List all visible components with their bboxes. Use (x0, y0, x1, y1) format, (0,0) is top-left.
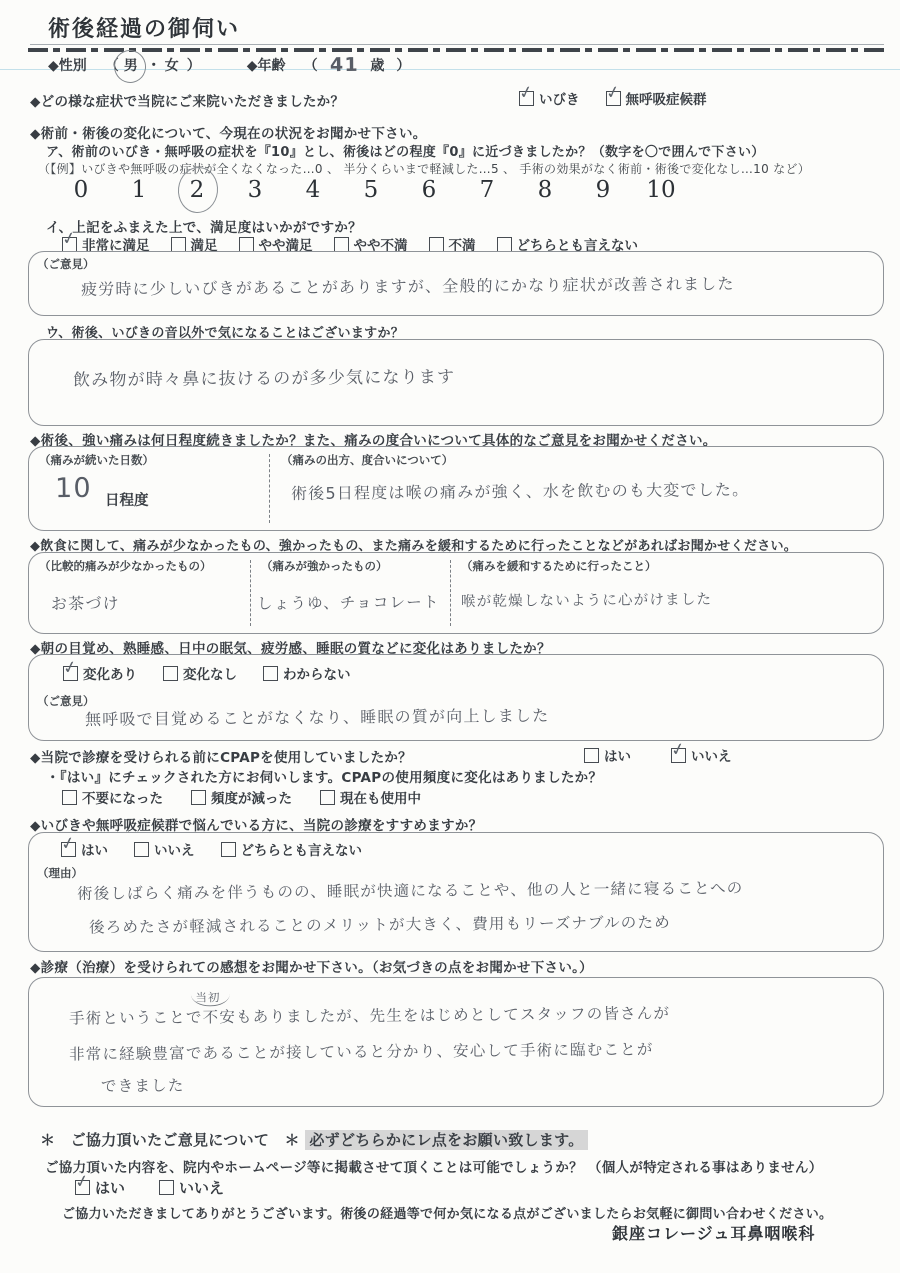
recommend-no-checkbox[interactable] (134, 842, 149, 857)
reduced-label: 頻度が減った (211, 787, 292, 807)
food-col1-label: （比較的痛みが少なかったもの） (39, 558, 212, 574)
cpap-no-checkbox[interactable] (671, 748, 686, 763)
sleep-answer-box[interactable]: 変化あり 変化なし わからない （ご意見） 無呼吸で目覚めることがなくなり、睡眠… (28, 654, 884, 741)
food-divider-1 (250, 560, 251, 626)
dissatisfied-checkbox[interactable] (429, 237, 444, 252)
change-heading: ◆術前・術後の変化について、今現在の状況をお聞かせ下さい。 (30, 122, 427, 142)
changed-checkbox[interactable] (63, 666, 78, 681)
gender-paren-close: ） (187, 55, 201, 75)
still-using-checkbox[interactable] (320, 790, 335, 805)
food-col2-label: （痛みが強かったもの） (261, 558, 388, 574)
scale-option-3[interactable]: 3 (226, 177, 284, 203)
apnea-label: 無呼吸症候群 (626, 88, 707, 108)
recommend-answer-box[interactable]: はい いいえ どちらとも言えない （理由） 術後しばらく痛みを伴うものの、睡眠が… (28, 832, 884, 952)
reduced-checkbox[interactable] (191, 790, 206, 805)
comment-label: （ご意見） (37, 256, 95, 272)
impression-line2-handwriting: 非常に経験豊富であることが接していると分かり、安心して手術に臨むことが (69, 1037, 654, 1064)
food-col2-handwriting: しょうゆ、チョコレート (257, 590, 440, 614)
publish-no-checkbox[interactable] (159, 1180, 174, 1195)
scale-option-7[interactable]: 7 (458, 177, 516, 203)
impression-answer-box[interactable]: 手術ということで当初不安もありましたが、先生をはじめとしてスタッフの皆さんが 非… (28, 977, 884, 1107)
gender-label: ◆性別 (48, 55, 87, 75)
footer-note: ＊ ご協力頂いたご意見について ＊ 必ずどちらかにレ点をお願い致します。 (40, 1129, 588, 1150)
concerns-answer-box[interactable]: 飲み物が時々鼻に抜けるのが多少気になります (28, 339, 884, 426)
scale-option-1[interactable]: 1 (110, 177, 168, 203)
recommend-neither-checkbox[interactable] (221, 842, 236, 857)
impression-line1-after: 不安もありましたが、先生をはじめとしてスタッフの皆さんが (203, 1004, 671, 1026)
no-change-checkbox[interactable] (163, 666, 178, 681)
clinic-name: 銀座コレージュ耳鼻咽喉科 (612, 1221, 815, 1244)
publish-no-label: いいえ (179, 1177, 224, 1198)
recommend-option-no[interactable]: いいえ (134, 839, 195, 859)
symptom-option-apnea[interactable]: 無呼吸症候群 (606, 88, 707, 108)
reason-line1-handwriting: 術後しばらく痛みを伴うものの、睡眠が快適になることや、他の人と一緒に寝ることへの (77, 876, 744, 904)
concerns-handwriting: 飲み物が時々鼻に抜けるのが多少気になります (73, 362, 455, 390)
cpap-yes-checkbox[interactable] (584, 748, 599, 763)
publish-question: ご協力頂いた内容を、院内やホームページ等に掲載させて頂くことは可能でしょうか？ … (45, 1156, 823, 1176)
recommend-yes-checkbox[interactable] (61, 842, 76, 857)
cpap-option-no-longer-needed[interactable]: 不要になった (62, 787, 163, 807)
somewhat-dissatisfied-checkbox[interactable] (334, 237, 349, 252)
scale-option-2-selected[interactable]: 2 (168, 177, 226, 203)
pain-days-label: （痛みが続いた日数） (39, 452, 154, 468)
change-example: （【例】いびきや無呼吸の症状が全くなくなった…0 、 半分くらいまで軽減した…5… (38, 160, 810, 177)
recommend-yes-label: はい (81, 839, 108, 859)
profile-row: ◆性別 （ 男 ・ 女 ） ◆年齢 （ 41 歳 ） (48, 54, 410, 76)
no-longer-needed-checkbox[interactable] (62, 790, 77, 805)
gender-male-text: 男 (124, 58, 138, 74)
cpap-followup-question: ・『はい』にチェックされた方にお伺いします。CPAPの使用頻度に変化はありました… (46, 766, 602, 786)
sleep-option-changed[interactable]: 変化あり (63, 663, 137, 683)
changed-label: 変化あり (83, 663, 137, 683)
publish-option-yes[interactable]: はい (75, 1177, 125, 1198)
scale-option-6[interactable]: 6 (400, 177, 458, 203)
satisfaction-comment-box[interactable]: （ご意見） 疲労時に少しいびきがあることがありますが、全般的にかなり症状が改善さ… (28, 251, 884, 316)
footer-note-highlight: 必ずどちらかにレ点をお願い致します。 (305, 1130, 587, 1150)
somewhat-satisfied-checkbox[interactable] (239, 237, 254, 252)
pain-days-handwriting: 10 (55, 473, 92, 504)
cpap-option-no[interactable]: いいえ (671, 745, 732, 765)
scale-option-10[interactable]: 10 (632, 177, 690, 203)
unknown-label: わからない (283, 663, 351, 683)
sleep-option-no-change[interactable]: 変化なし (163, 663, 237, 683)
recommend-option-yes[interactable]: はい (61, 839, 108, 859)
very-satisfied-checkbox[interactable] (62, 237, 77, 252)
insertion-annotation: 当初 (190, 989, 229, 1006)
impression-line1-handwriting: 手術ということで当初不安もありましたが、先生をはじめとしてスタッフの皆さんが (69, 1001, 670, 1028)
satisfied-checkbox[interactable] (171, 237, 186, 252)
neither-checkbox[interactable] (497, 237, 512, 252)
cpap-no-label: いいえ (691, 745, 732, 765)
cpap-option-yes[interactable]: はい (584, 745, 631, 765)
pain-detail-handwriting: 術後5日程度は喉の痛みが強く、水を飲むのも大変でした。 (291, 477, 749, 504)
scale-option-9[interactable]: 9 (574, 177, 632, 203)
cpap-options: はい いいえ (584, 745, 732, 765)
age-value-handwriting[interactable]: 41 (329, 54, 358, 76)
cpap-yes-label: はい (604, 745, 631, 765)
unknown-checkbox[interactable] (263, 666, 278, 681)
food-col3-handwriting: 喉が乾燥しないように心がけました (461, 588, 712, 611)
publish-yes-checkbox[interactable] (75, 1180, 90, 1195)
snoring-label: いびき (539, 88, 580, 108)
title-underline (30, 44, 884, 45)
footer-note-prefix: ＊ ご協力頂いたご意見について ＊ (40, 1131, 300, 1149)
dashed-divider (28, 48, 886, 52)
scale-option-5[interactable]: 5 (342, 177, 400, 203)
recommend-options: はい いいえ どちらとも言えない (61, 839, 362, 859)
impression-line3-handwriting: できました (101, 1074, 185, 1097)
food-divider-2 (450, 560, 451, 626)
food-answer-box[interactable]: （比較的痛みが少なかったもの） （痛みが強かったもの） （痛みを緩和するために行… (28, 552, 884, 634)
recommend-question: ◆いびきや無呼吸症候群で悩んでいる方に、当院の診療をすすめますか？ (30, 814, 482, 834)
sleep-options: 変化あり 変化なし わからない (63, 663, 351, 683)
recommend-neither-label: どちらとも言えない (241, 839, 363, 859)
impression-question: ◆診療（治療）を受けられての感想をお聞かせ下さい。（お気づきの点をお聞かせ下さい… (30, 956, 593, 976)
scale-option-0[interactable]: 0 (52, 177, 110, 203)
food-col3-label: （痛みを緩和するために行ったこと） (461, 558, 657, 574)
recommend-no-label: いいえ (154, 839, 195, 859)
thanks-text: ご協力いただきましてありがとうございます。術後の経過等で何か気になる点がございま… (62, 1203, 832, 1222)
satisfaction-comment-handwriting: 疲労時に少しいびきがあることがありますが、全般的にかなり症状が改善されました (81, 271, 735, 300)
symptom-option-snoring[interactable]: いびき (519, 88, 580, 108)
pain-detail-label: （痛みの出方、度合いについて） (281, 452, 453, 468)
publish-options: はい いいえ (75, 1177, 224, 1198)
pain-answer-box[interactable]: （痛みが続いた日数） （痛みの出方、度合いについて） 10 日程度 術後5日程度… (28, 446, 884, 531)
reason-line2-handwriting: 後ろめたさが軽減されることのメリットが大きく、費用もリーズナブルのため (89, 910, 671, 937)
age-paren-close: ） (396, 55, 410, 75)
scale-option-8[interactable]: 8 (516, 177, 574, 203)
recommend-option-neither[interactable]: どちらとも言えない (221, 839, 363, 859)
satisfaction-question: イ、上記をふまえた上で、満足度はいかがですか？ (46, 216, 362, 236)
cpap-option-reduced[interactable]: 頻度が減った (191, 787, 292, 807)
age-unit: 歳 (370, 55, 384, 75)
apnea-checkbox[interactable] (606, 91, 621, 106)
snoring-checkbox[interactable] (519, 91, 534, 106)
gender-option-female[interactable]: 女 (165, 55, 179, 75)
impression-line1-before: 手術ということで (69, 1008, 203, 1027)
no-change-label: 変化なし (183, 663, 237, 683)
still-using-label: 現在も使用中 (340, 787, 421, 807)
no-longer-needed-label: 不要になった (82, 787, 163, 807)
cpap-option-still-using[interactable]: 現在も使用中 (320, 787, 421, 807)
page-title: 術後経過の御伺い (48, 12, 240, 43)
gender-option-male[interactable]: 男 (119, 54, 143, 76)
scale-option-4[interactable]: 4 (284, 177, 342, 203)
symptoms-question: ◆どの様な症状で当院にご来院いただきましたか？ (30, 90, 344, 110)
publish-option-no[interactable]: いいえ (159, 1177, 224, 1198)
cpap-followup-options: 不要になった 頻度が減った 現在も使用中 (62, 787, 421, 807)
change-sub-a: ア、術前のいびき・無呼吸の症状を『10』とし、術後はどの程度『0』に近づきました… (46, 141, 765, 160)
reason-label: （理由） (37, 865, 83, 881)
sleep-comment-handwriting: 無呼吸で目覚めることがなくなり、睡眠の質が向上しました (85, 703, 550, 730)
cpap-question: ◆当院で診療を受けられる前にCPAPを使用していましたか？ (30, 746, 412, 766)
symptoms-options: いびき 無呼吸症候群 (519, 88, 707, 108)
gender-separator: ・ (147, 55, 161, 75)
publish-yes-label: はい (95, 1177, 125, 1198)
food-col1-handwriting: お茶づけ (51, 591, 120, 615)
pain-days-unit: 日程度 (105, 489, 149, 510)
age-label: ◆年齢 (247, 55, 286, 75)
pain-divider (269, 454, 270, 523)
sleep-option-unknown[interactable]: わからない (263, 663, 351, 683)
severity-scale: 0 1 2 3 4 5 6 7 8 9 10 (52, 177, 690, 203)
questionnaire-form: 術後経過の御伺い ◆性別 （ 男 ・ 女 ） ◆年齢 （ 41 歳 ） ◆どの様… (0, 0, 900, 1273)
age-paren-open: （ (304, 55, 318, 75)
